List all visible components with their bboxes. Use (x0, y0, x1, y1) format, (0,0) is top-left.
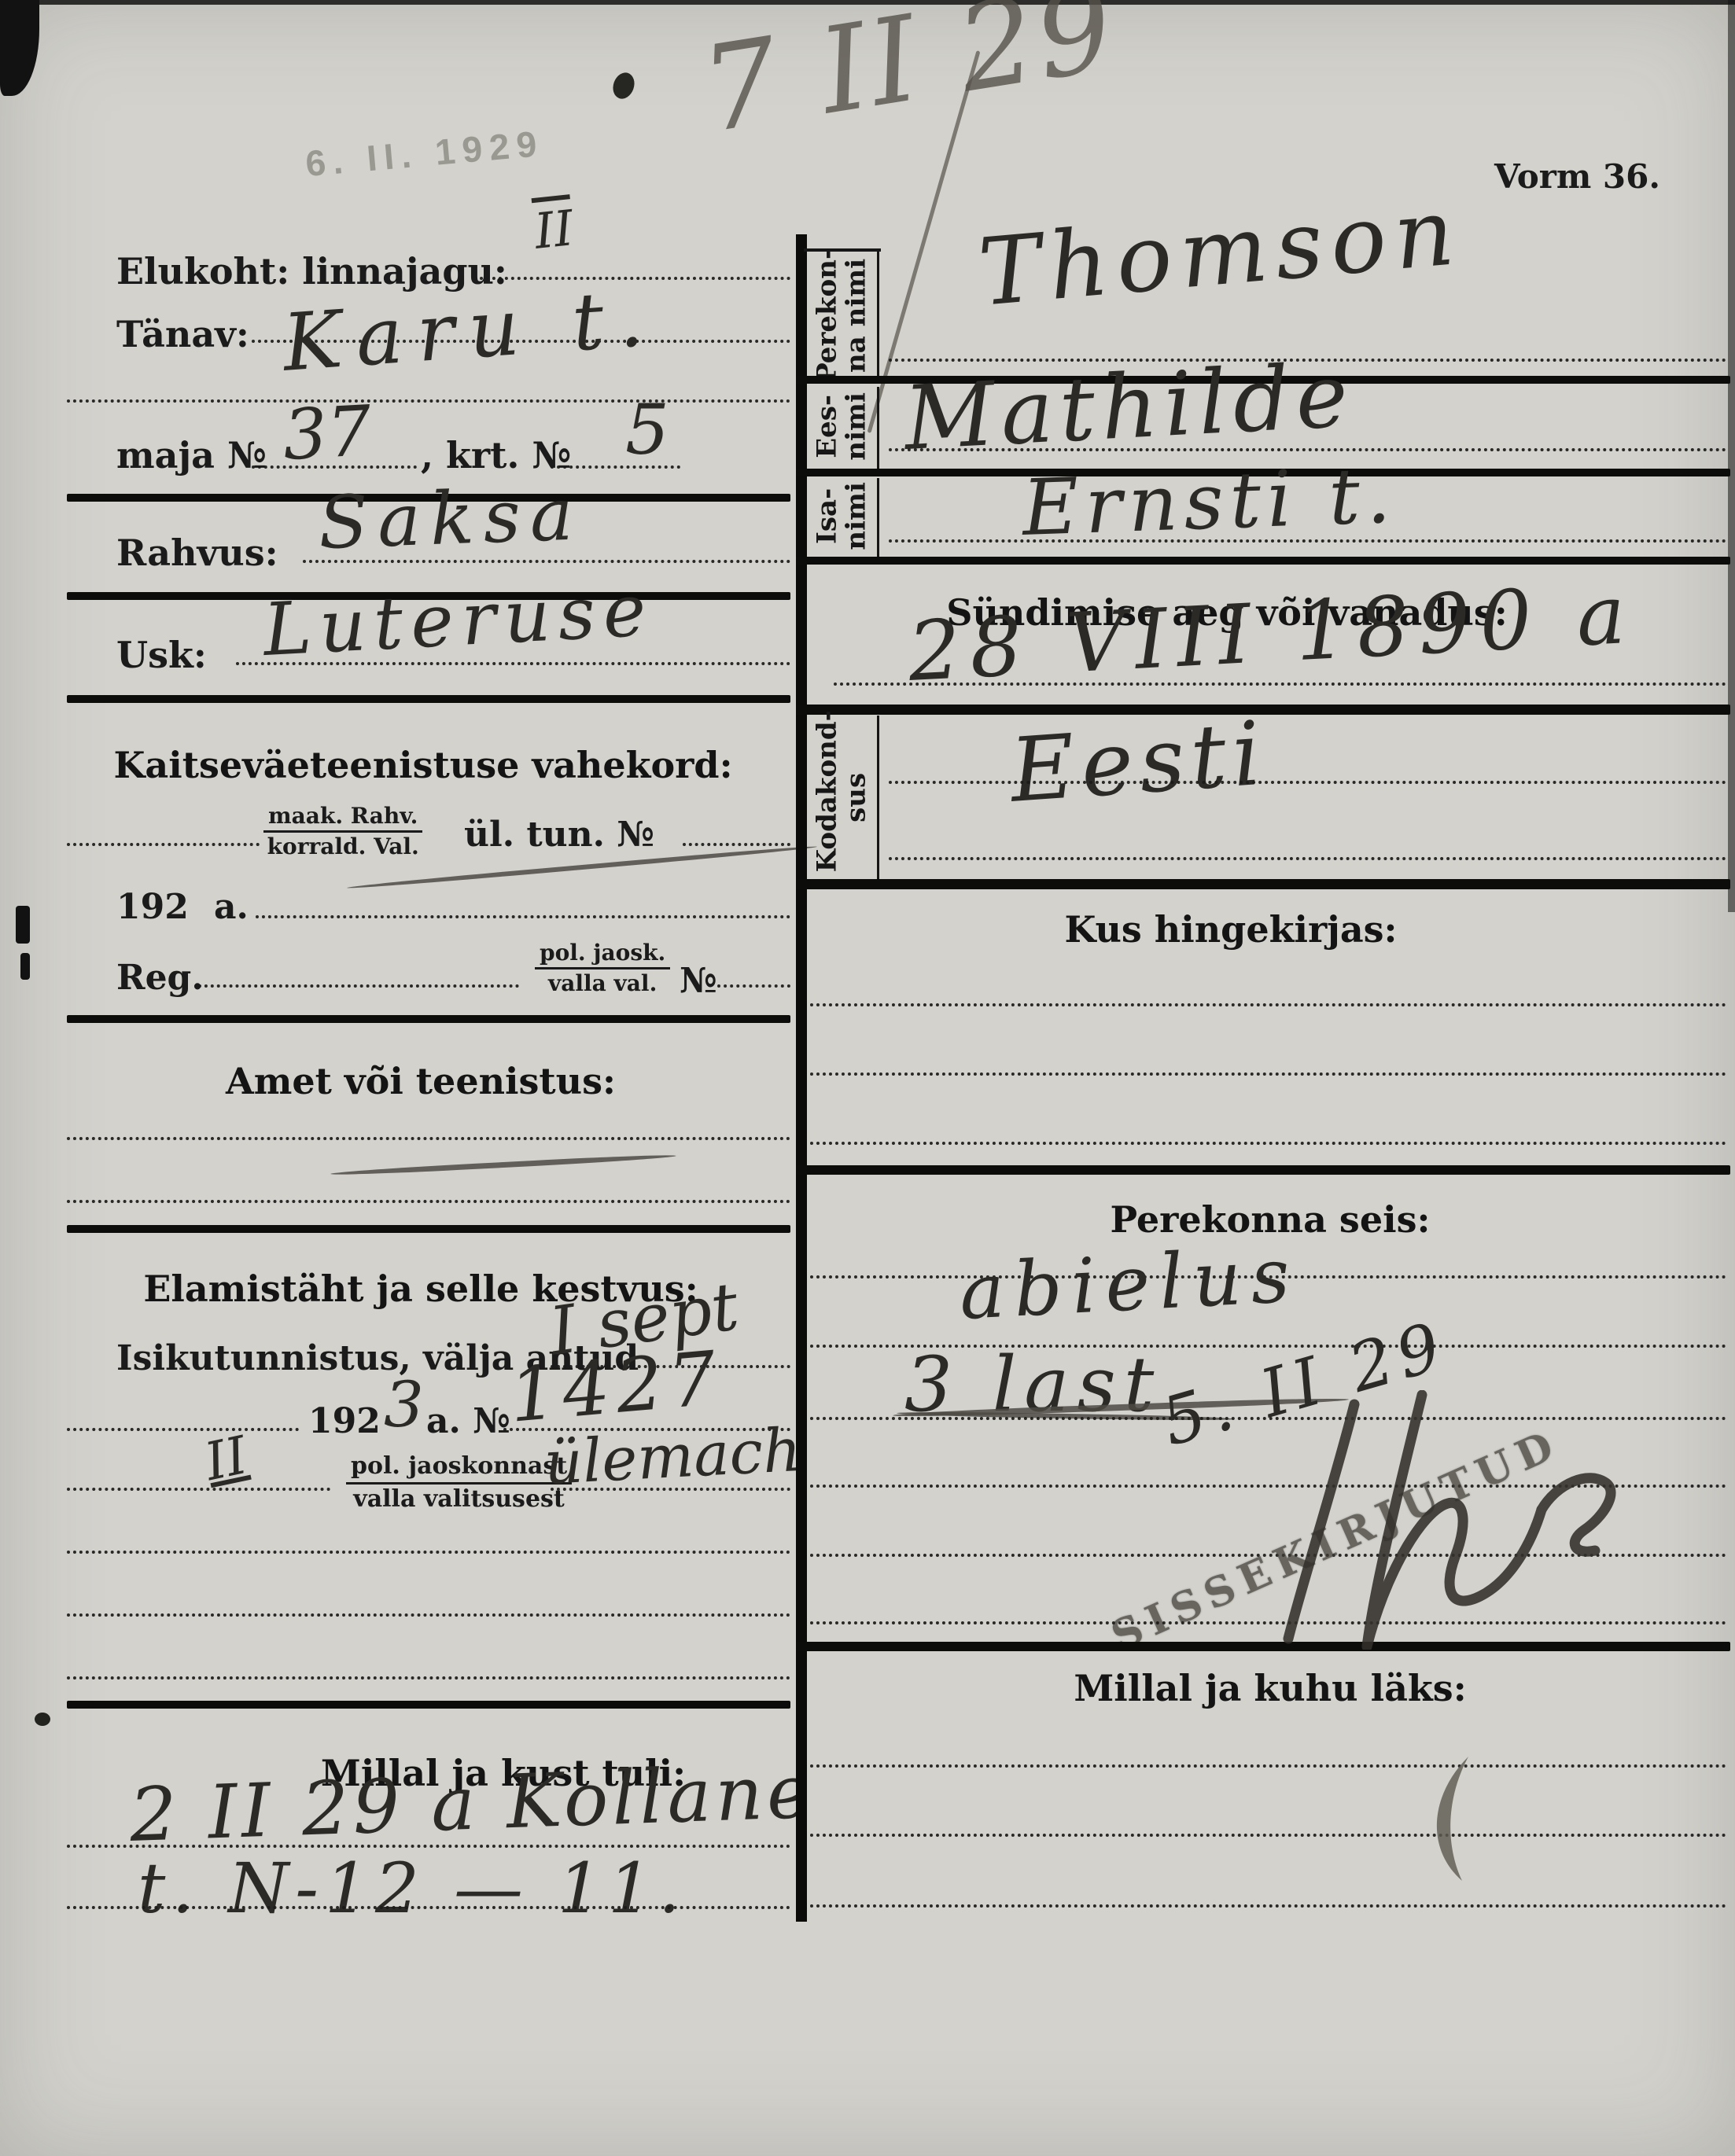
scan-edge-corner (0, 0, 39, 96)
perekonnaseis-handwritten-value: abielus (957, 1231, 1301, 1336)
isanimi-vertical-label: Isa- nimi (813, 441, 872, 591)
dotted-line (717, 984, 790, 988)
dotted-line (198, 984, 519, 988)
dotted-line (67, 1137, 790, 1140)
ul-tun-label: ül. tun. № (464, 815, 654, 855)
section-divider-bar (67, 1015, 790, 1023)
fraction-bottom: korrald. Val. (267, 833, 419, 859)
year-prefix-label: 192 (308, 1401, 381, 1441)
dotted-line (256, 915, 790, 918)
fraction-top: pol. jaosk. (535, 940, 670, 969)
section-divider-bar (67, 1701, 790, 1709)
usk-handwritten-value: Luteruse (261, 568, 656, 672)
fraction-top: maak. Rahv. (263, 804, 422, 833)
maak-rahv-fraction: maak. Rahv. korrald. Val. (263, 804, 422, 859)
section-divider-bar (796, 879, 1730, 889)
form-number-label: Vorm 36. (1494, 157, 1660, 196)
dotted-line (236, 662, 790, 665)
label-cell-line (877, 387, 879, 469)
perekonnanimi-handwritten-value: Thomson (974, 177, 1466, 327)
scan-edge-mark (16, 906, 30, 944)
dotted-line (67, 1613, 790, 1617)
pol-jaoskonnast-fraction: pol. jaoskonnast valla valitsusest (346, 1453, 572, 1513)
isanimi-handwritten-value: Ernsti t. (1021, 451, 1398, 554)
rahvus-label: Rahvus: (116, 532, 278, 574)
dotted-line (810, 1003, 1726, 1006)
reg-label: Reg. (116, 958, 204, 998)
year-digit-handwritten: 3 (384, 1368, 424, 1441)
fraction-bottom: valla valitsusest (353, 1485, 565, 1514)
section-divider-bar (796, 1165, 1730, 1175)
section-divider-bar (67, 1225, 790, 1233)
signature-scribble (1258, 1390, 1667, 1650)
linnajagu-handwritten-value: II (532, 199, 576, 260)
tanav-label: Tänav: (116, 313, 249, 355)
jaoskond-from-handwritten: ülemach (543, 1415, 803, 1498)
label-cell-line (877, 478, 879, 558)
section-divider-bar (67, 695, 790, 703)
label-cell-line (877, 252, 879, 377)
dotted-line (889, 539, 1726, 543)
dotted-line (683, 843, 790, 846)
sundimise-handwritten-value: 28 VIII 1890 a (906, 566, 1637, 700)
fraction-top: pol. jaoskonnast (346, 1453, 572, 1485)
dotted-line (810, 1072, 1726, 1076)
kodakondsus-handwritten-value: Eesti (1007, 702, 1270, 822)
dotted-line (834, 682, 1726, 686)
scan-edge-right (1728, 0, 1735, 912)
ink-blot (610, 70, 638, 102)
label-cell-line (877, 716, 879, 879)
dotted-line (810, 1764, 1726, 1768)
dotted-line (551, 1488, 790, 1491)
dotted-line (67, 399, 790, 403)
dotted-line (67, 1551, 790, 1554)
krt-label: , krt. № (421, 434, 571, 476)
column-divider-line (796, 234, 807, 1922)
year-prefix-label: 192 (116, 887, 189, 927)
ink-speck (35, 1713, 50, 1726)
dotted-line (889, 857, 1726, 860)
kaitsevaeteenistus-heading: Kaitseväeteenistuse vahekord: (113, 744, 732, 786)
a-no-label: a. № (426, 1401, 510, 1441)
pencil-dash-stroke (330, 1153, 676, 1176)
tuli-handwritten-line1: 2 II 29 a Kollane (128, 1749, 816, 1859)
fraction-bottom: valla val. (548, 969, 657, 996)
krt-handwritten-value: 5 (625, 389, 669, 470)
registration-card-scan: 6. II. 1929 7 II 29 Vorm 36. Elukoht: li… (0, 0, 1735, 2156)
hingekirjas-heading: Kus hingekirjas: (1064, 908, 1397, 951)
dotted-line (810, 1904, 1726, 1908)
dotted-line (810, 1834, 1726, 1837)
dotted-line (252, 465, 417, 469)
jaoskond-number-handwritten: II (200, 1425, 252, 1492)
year-suffix-label: a. (214, 887, 249, 927)
dotted-line (303, 560, 790, 563)
dotted-line (810, 1142, 1726, 1145)
date-stamp: 6. II. 1929 (304, 122, 545, 185)
dotted-line (67, 1488, 330, 1491)
pol-jaosk-fraction: pol. jaosk. valla val. (535, 940, 670, 996)
handwritten-pencil-date: 7 II 29 (693, 0, 1125, 160)
pencil-crescent-mark (1412, 1752, 1483, 1886)
dotted-line (889, 781, 1726, 784)
kodakondsus-vertical-label: Kodakond- sus (813, 723, 872, 872)
maja-handwritten-value: 37 (281, 390, 373, 476)
dotted-line (67, 843, 260, 846)
maja-label: maja № (116, 434, 267, 476)
section-divider-bar (796, 557, 1730, 565)
numero-sign: № (680, 961, 717, 1001)
dotted-line (67, 1200, 790, 1203)
amet-heading: Amet või teenistus: (226, 1060, 616, 1102)
millal-laks-heading: Millal ja kuhu läks: (1074, 1667, 1466, 1709)
tuli-handwritten-line2: t. N-12 — 11. (138, 1848, 687, 1929)
dotted-line (67, 1428, 299, 1431)
rahvus-handwritten-value: Saksa (317, 472, 584, 565)
dotted-line (889, 448, 1726, 451)
scan-edge-mark (20, 953, 30, 980)
dotted-line (67, 1676, 790, 1680)
dotted-line (551, 465, 680, 469)
dotted-line (67, 1906, 790, 1909)
usk-label: Usk: (116, 634, 207, 676)
